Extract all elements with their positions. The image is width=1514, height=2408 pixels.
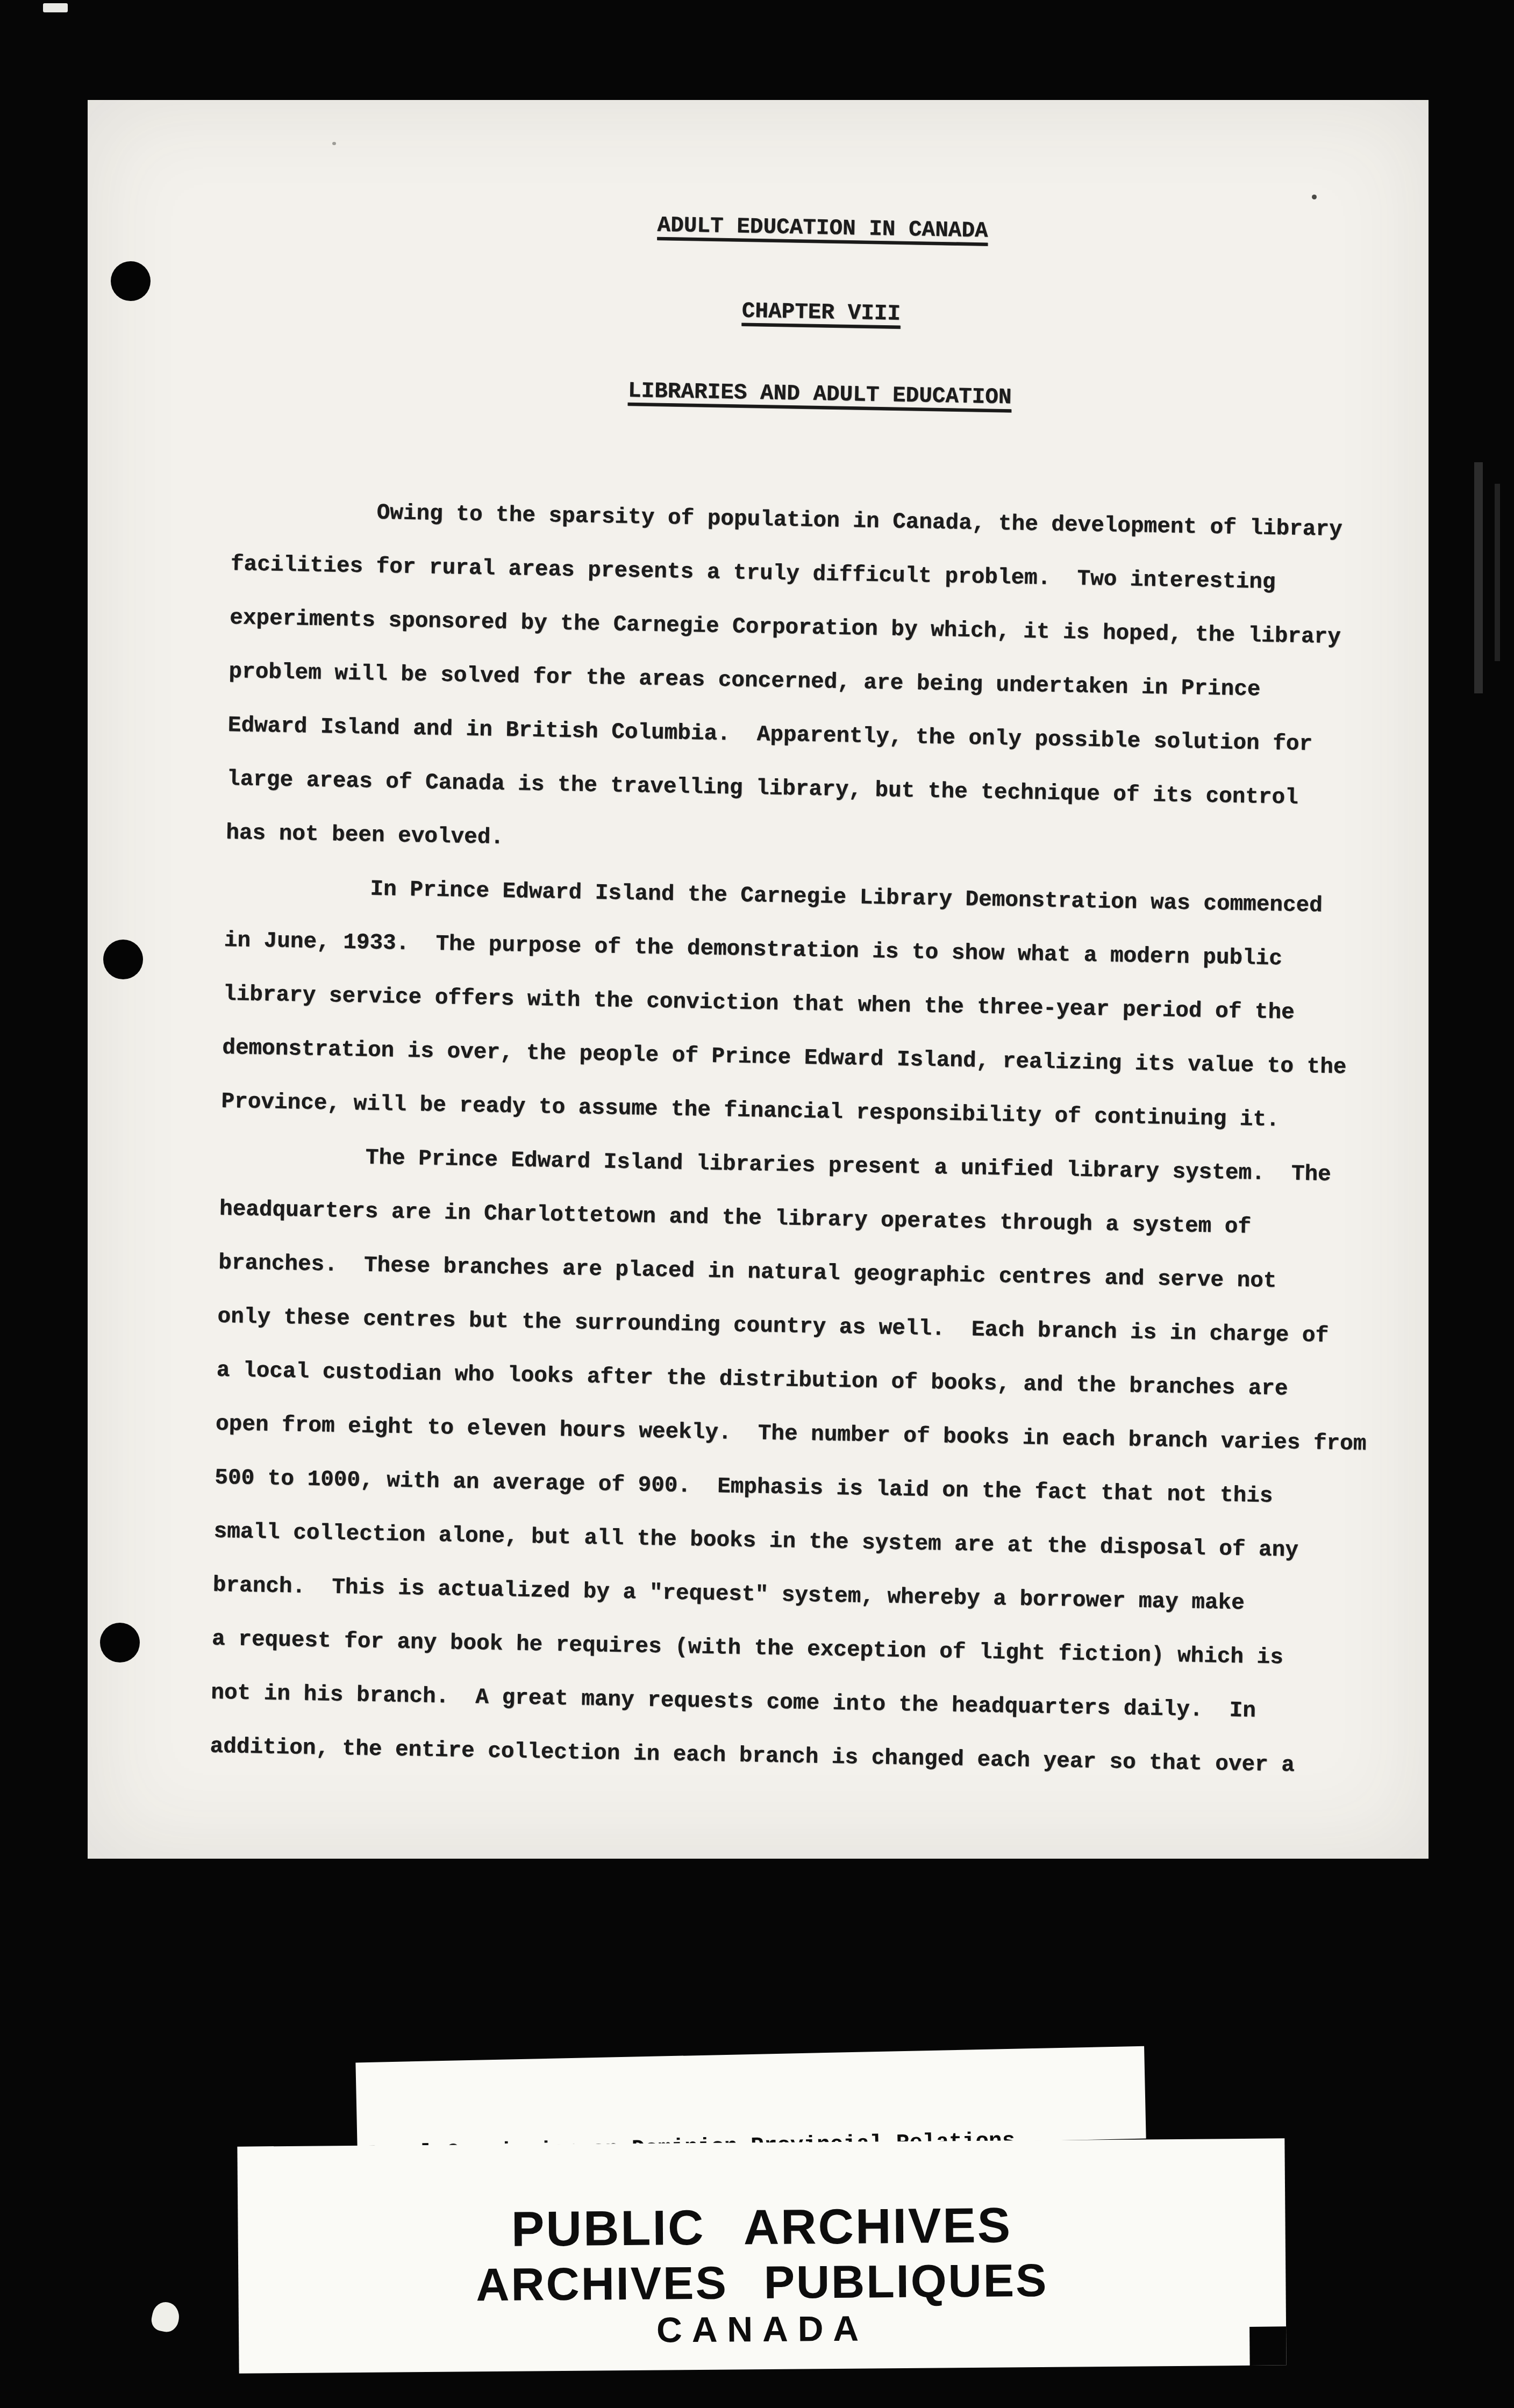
scan-artifact bbox=[332, 142, 336, 145]
document-page: ADULT EDUCATION IN CANADA CHAPTER VIII L… bbox=[88, 100, 1429, 1859]
hole-punch bbox=[100, 1623, 140, 1662]
corner-notch bbox=[1249, 2326, 1287, 2366]
public-archives-stamp: PUBLIC ARCHIVES ARCHIVES PUBLIQUES CANAD… bbox=[237, 2138, 1286, 2373]
scan-artifact bbox=[1474, 462, 1483, 693]
typed-body: Owing to the sparsity of population in C… bbox=[210, 484, 1404, 1794]
chapter-heading: CHAPTER VIII bbox=[235, 277, 1408, 348]
section-heading: LIBRARIES AND ADULT EDUCATION bbox=[233, 359, 1406, 430]
archives-stamp-line: CANADA bbox=[239, 2307, 1286, 2350]
scan-artifact bbox=[1495, 484, 1500, 661]
hole-punch bbox=[111, 261, 151, 301]
scan-artifact bbox=[43, 3, 68, 12]
archives-stamp-line: ARCHIVES PUBLIQUES bbox=[238, 2255, 1286, 2310]
typed-text: ADULT EDUCATION IN CANADA CHAPTER VIII L… bbox=[210, 193, 1409, 1794]
hole-punch bbox=[103, 940, 143, 979]
document-title-text: ADULT EDUCATION IN CANADA bbox=[657, 213, 988, 244]
document-title: ADULT EDUCATION IN CANADA bbox=[236, 193, 1409, 264]
scan-background: { "colors": { "background": "#060606", "… bbox=[0, 0, 1514, 2408]
royal-commission-stamp: Royal Commission on Dominion-Provincial … bbox=[355, 2046, 1146, 2155]
section-heading-text: LIBRARIES AND ADULT EDUCATION bbox=[628, 379, 1012, 410]
chapter-heading-text: CHAPTER VIII bbox=[741, 299, 901, 326]
scan-artifact bbox=[1312, 195, 1317, 199]
archives-stamp-line: PUBLIC ARCHIVES bbox=[238, 2198, 1286, 2256]
scan-artifact bbox=[149, 2299, 182, 2334]
